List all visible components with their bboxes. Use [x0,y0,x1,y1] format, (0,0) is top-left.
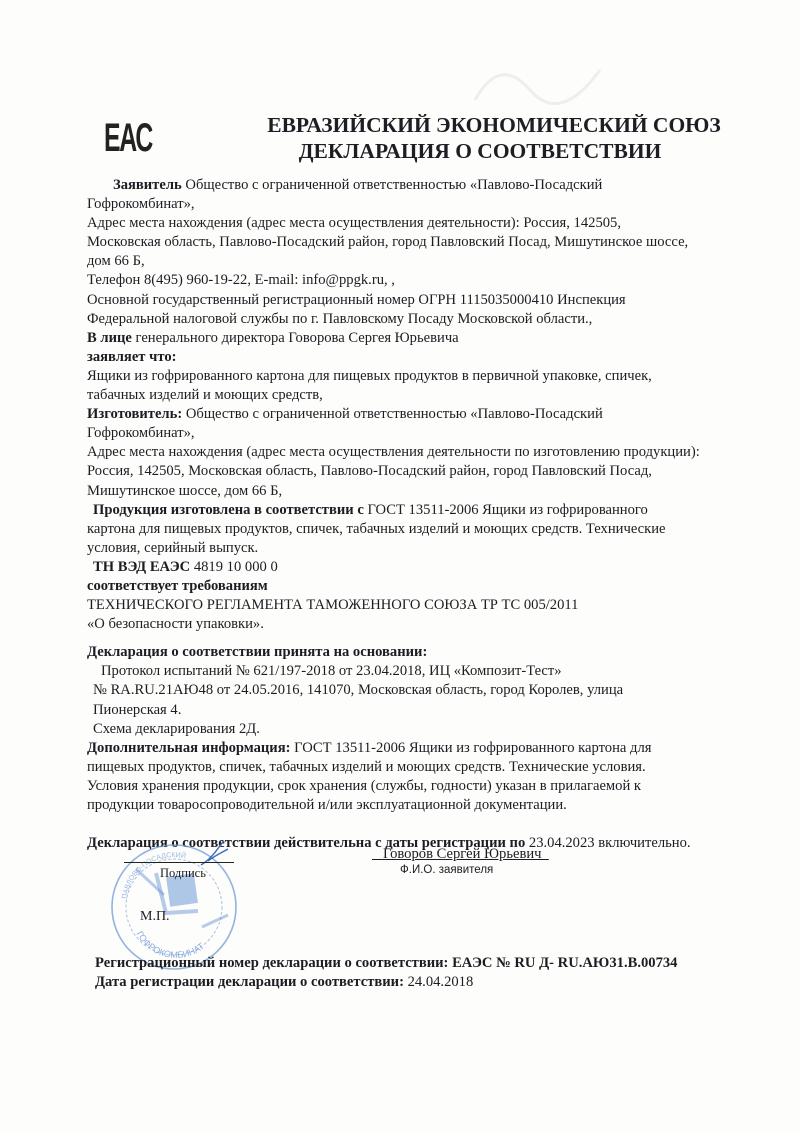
signature-line [124,862,234,863]
document-title: ЕВРАЗИЙСКИЙ ЭКОНОМИЧЕСКИЙ СОЮЗ ДЕКЛАРАЦИ… [200,112,760,164]
produced-line: Продукция изготовлена в соответствии с Г… [87,501,777,520]
applicant-address: Адрес места нахождения (адрес места осущ… [87,214,777,233]
applicant-label: Заявитель [113,177,182,193]
basis-label: Декларация о соответствии принята на осн… [87,643,777,662]
signer-caption: Ф.И.О. заявителя [400,864,493,876]
title-declaration: ДЕКЛАРАЦИЯ О СООТВЕТСТВИИ [299,139,662,163]
declaration-body: Заявитель Общество с ограниченной ответс… [87,176,777,853]
declaration-scheme: Схема декларирования 2Д. [87,720,777,739]
registration-block: Регистрационный номер декларации о соотв… [95,954,677,992]
manufacturer-address: Адрес места нахождения (адрес места осущ… [87,443,777,462]
technical-regulation: ТЕХНИЧЕСКОГО РЕГЛАМЕНТА ТАМОЖЕННОГО СОЮЗ… [87,596,777,615]
applicant-line: Заявитель Общество с ограниченной ответс… [87,176,777,195]
test-protocol: Протокол испытаний № 621/197-2018 от 23.… [87,662,777,681]
manufacturer-line: Изготовитель: Общество с ограниченной от… [87,405,777,424]
product-description: Ящики из гофрированного картона для пище… [87,367,777,386]
additional-info: Дополнительная информация: ГОСТ 13511-20… [87,739,777,758]
title-union: ЕВРАЗИЙСКИЙ ЭКОНОМИЧЕСКИЙ СОЮЗ [228,112,760,138]
declaration-page: ЕАС ЕВРАЗИЙСКИЙ ЭКОНОМИЧЕСКИЙ СОЮЗ ДЕКЛА… [0,0,800,1131]
conforms-label: соответствует требованиям [87,577,777,596]
registration-number: Регистрационный номер декларации о соотв… [95,954,677,973]
signature-caption: Подпись [160,866,206,881]
declares-label: заявляет что: [87,348,777,367]
faint-watermark [470,50,610,110]
signer-name: Говоров Сергей Юрьевич [372,846,549,863]
stamp-place-label: М.П. [140,909,170,925]
represented-by: В лице генерального директора Говорова С… [87,329,777,348]
eac-logo: ЕАС [104,118,152,158]
tnved-code: ТН ВЭД ЕАЭС 4819 10 000 0 [87,558,777,577]
applicant-contacts: Телефон 8(495) 960-19-22, E-mail: info@p… [87,271,777,290]
applicant-ogrn: Основной государственный регистрационный… [87,291,777,310]
registration-date: Дата регистрации декларации о соответств… [95,973,677,992]
